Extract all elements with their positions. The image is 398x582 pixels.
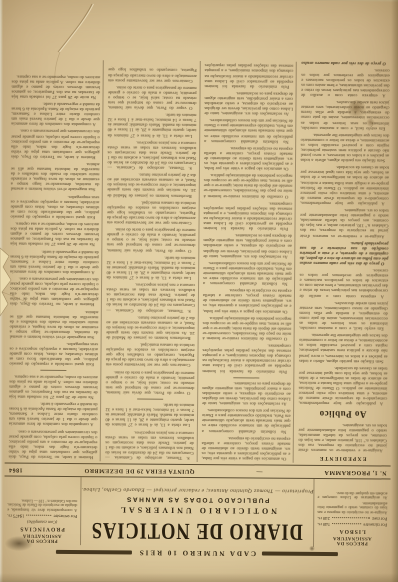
price-row: Por mez 240 rs. (317, 516, 387, 522)
subscription-place-label: PROVINCIAS (7, 526, 77, 533)
paper-top-margin (4, 558, 390, 582)
body-paragraph: As reclamações dos srs. assignantes, tan… (203, 233, 292, 259)
price-label: Por trimestre (363, 522, 387, 527)
body-paragraph: A companhia dos caminhos de ferro annunc… (10, 249, 99, 275)
body-paragraph: A companhia dos caminhos de ferro annunc… (11, 101, 100, 127)
dotted-leader (332, 517, 370, 521)
body-paragraph: Na noite de 26 para 27 foi roubada uma l… (10, 221, 99, 247)
body-paragraph: Em estylo facil, e com a maxima concisão… (299, 300, 388, 331)
item-separator-rule (234, 377, 260, 378)
price-label: Por semestre (54, 514, 78, 519)
column-2: Os annuncios são pagos a vinte réis por … (198, 63, 298, 464)
body-paragraph: Consta-nos que vae ser brevemente posta … (106, 342, 195, 368)
price-value: 540 rs. (317, 522, 330, 527)
body-paragraph: Consta-nos que vae ser brevemente posta … (107, 200, 196, 226)
body-paragraph: O vapor do Porto, que devia sair hontem,… (108, 85, 197, 111)
subscription-box-lisboa: PREÇOS DA ASSIGNATURA LISBOA Por trimest… (314, 479, 390, 548)
body-paragraph: Sua magestade el-rei visitou hontem o ar… (11, 161, 100, 192)
subscription-note: A correspondencia deve vir franqueada, e… (7, 498, 77, 512)
body-paragraph: O preço de dez réis por cada numero avul… (301, 60, 390, 66)
body-paragraph: A empreza conta com o auxilio de corresp… (299, 268, 388, 299)
body-paragraph: Os annuncios são pagos a vinte réis por … (203, 288, 292, 314)
item-separator-rule (137, 398, 163, 399)
body-paragraph: As reclamações dos srs. assignantes, tan… (202, 381, 291, 407)
body-paragraph: Lua cheia a 13, ás 4 horas e 27 minutos … (105, 402, 194, 428)
body-paragraph: No folhetim d'amanhã começaremos a publi… (204, 118, 293, 144)
body-paragraph: Sem filiação em partido algum, alheio a … (301, 132, 390, 163)
price-row: Por semestre 1$475 rs. (7, 514, 77, 520)
column-1: EXPEDIENTEAssigna-se e vendem-se os nume… (294, 60, 394, 465)
body-paragraph: O conselho de ministros reuniu-se hontem… (204, 173, 293, 199)
body-paragraph: Os annuncios são pagos a vinte réis por … (204, 146, 293, 172)
body-paragraph: No folhetim d'amanhã começaremos a publi… (202, 408, 291, 434)
body-paragraph: Hontem á tarde, no Terreiro do Paço, doi… (9, 429, 98, 460)
publication-frequency-line: PUBLICADO TODAS AS MANHAS (125, 495, 269, 503)
body-paragraph: Pelo ministerio da fazenda foi hontem ex… (203, 201, 292, 232)
subscription-notes: A correspondencia deve vir franqueada, e… (7, 498, 77, 512)
scanned-newspaper-page: CADA NUMERO 10 REIS PREÇOS DA ASSIGNATUR… (0, 0, 398, 582)
issue-number: N. 1, PROGRAMMA (324, 469, 387, 475)
proprietor-line: Proprietario — Thomaz Quintino Antunes; … (81, 486, 313, 494)
price-row: Por trimestre 540 rs. (317, 522, 387, 528)
body-paragraph: No folhetim d'amanhã começaremos a publi… (203, 261, 292, 287)
body-paragraph: Hontem á tarde, no Terreiro do Paço, doi… (11, 129, 100, 160)
price-value: 1$475 rs. (7, 514, 24, 519)
body-paragraph: Lua cheia a 13, ás 4 horas e 27 minutos … (108, 112, 197, 138)
body-paragraph: Hontem á tarde, no Terreiro do Paço, doi… (10, 276, 99, 307)
issue-year: 1864 (9, 467, 23, 473)
newspaper-front-page: CADA NUMERO 10 REIS PREÇOS DA ASSIGNATUR… (0, 0, 398, 582)
masthead-center: DIARIO DE NOTICIAS NOTICIARIO UNIVERSAL … (80, 477, 315, 547)
subscription-box-header: PREÇOS DA ASSIGNATURA (317, 535, 387, 546)
dotted-leader (26, 515, 51, 519)
column-4: Hontem á tarde, no Terreiro do Paço, doi… (5, 73, 105, 462)
price-per-issue-banner: CADA NUMERO 10 REIS (138, 549, 256, 558)
dotted-leader (332, 523, 362, 527)
body-paragraph: Recebemos hontem os jornaes de Madrid de… (107, 172, 196, 198)
body-paragraph: O conselho de ministros reuniu-se hontem… (203, 316, 292, 342)
item-separator-rule (41, 370, 67, 371)
subscription-notes: Assigna-se no escriptorio da empreza e n… (317, 490, 387, 514)
newspaper-subtitle: NOTICIARIO UNIVERSAL (118, 505, 277, 515)
body-paragraph: A publicação que hoje emprehendemos, com… (300, 165, 389, 206)
body-paragraph: A empreza conta com o auxilio de corresp… (301, 67, 390, 98)
body-paragraph: A companhia dos caminhos de ferro annunc… (9, 401, 98, 427)
body-paragraph: Assigna-se e vendem-se os numeros d'este… (298, 422, 387, 453)
masthead: PREÇOS DA ASSIGNATURA LISBOA Por trimest… (4, 476, 391, 547)
body-paragraph: Está quasi concluida a reparação do pass… (11, 194, 100, 220)
banner-rule-right (56, 550, 132, 555)
banner-rule-left (262, 552, 338, 557)
body-paragraph: Pelo ministerio da fazenda foi hontem ex… (202, 343, 291, 374)
section-heading: EXPEDIENTE (298, 455, 387, 462)
body-paragraph: Na noite de 26 para 27 foi roubada uma l… (9, 374, 98, 400)
body-paragraph: Sem filiação em partido algum, alheio a … (299, 333, 388, 364)
body-paragraph: Lua cheia a 13, ás 4 horas e 27 minutos … (107, 255, 196, 281)
subscription-note: Assigna-se no escriptorio da empreza e n… (317, 500, 387, 514)
body-paragraph: Em estylo facil, e com a maxima concisão… (301, 100, 390, 131)
body-paragraph: S. Thomaz, arcebispo de Cantuaria. — Com… (106, 282, 195, 313)
body-paragraph: S. Thomaz, arcebispo de Cantuaria. — Com… (105, 430, 194, 461)
body-paragraph: O preço de dez réis por cada numero avul… (300, 240, 389, 266)
subscription-box-provincias: PREÇOS DA ASSIGNATURA PROVINCIAS (Com es… (4, 476, 80, 545)
body-paragraph: Os annuncios são pagos a vinte réis por … (202, 436, 291, 462)
column-3: S. Thomaz, arcebispo de Cantuaria. — Com… (101, 66, 201, 463)
body-paragraph: O vapor do Porto, que devia sair hontem,… (107, 227, 196, 253)
body-paragraph: S. Thomaz, arcebispo de Cantuaria. — Com… (107, 140, 196, 171)
article-columns: EXPEDIENTEAssigna-se e vendem-se os nume… (5, 55, 394, 464)
body-paragraph: Recebemos hontem os jornaes de Madrid de… (106, 315, 195, 341)
subscription-place-label: LISBOA (317, 528, 387, 535)
body-paragraph: Está quasi concluida a reparação do pass… (9, 342, 98, 368)
body-paragraph: O vapor do Porto, que devia sair hontem,… (106, 370, 195, 396)
newspaper-title: DIARIO DE NOTICIAS (91, 516, 303, 545)
price-label: Por mez (372, 516, 387, 521)
body-paragraph: Sua magestade el-rei visitou hontem o ar… (10, 309, 99, 340)
newspaper-scan-rotated-180: CADA NUMERO 10 REIS PREÇOS DA ASSIGNATUR… (0, 0, 398, 582)
issue-date: QUINTA FEIRA 29 DE DEZEMBRO (84, 467, 194, 474)
price-value: 240 rs. (317, 516, 330, 521)
body-paragraph: Pelo ministerio da fazenda foi hontem ex… (205, 63, 294, 89)
body-paragraph: As reclamações dos srs. assignantes, tan… (204, 91, 293, 117)
subscription-note: As assignaturas de Lisboa começam e acab… (317, 490, 387, 500)
body-paragraph: Na noite de 26 para 27 foi roubada uma l… (11, 74, 100, 100)
subscription-box-header: PREÇOS DA ASSIGNATURA (7, 533, 77, 544)
body-paragraph: A publicação que hoje emprehendemos, com… (299, 365, 388, 406)
article-heading: Ao Publico (298, 409, 387, 420)
body-paragraph: Assigna-se e vendem-se os numeros d'este… (300, 208, 389, 239)
subscription-sub-label: (Com estampilha) (7, 520, 77, 526)
body-paragraph: Consta-nos que vae ser brevemente posta … (108, 66, 197, 83)
dateline-dash: — (256, 468, 263, 474)
